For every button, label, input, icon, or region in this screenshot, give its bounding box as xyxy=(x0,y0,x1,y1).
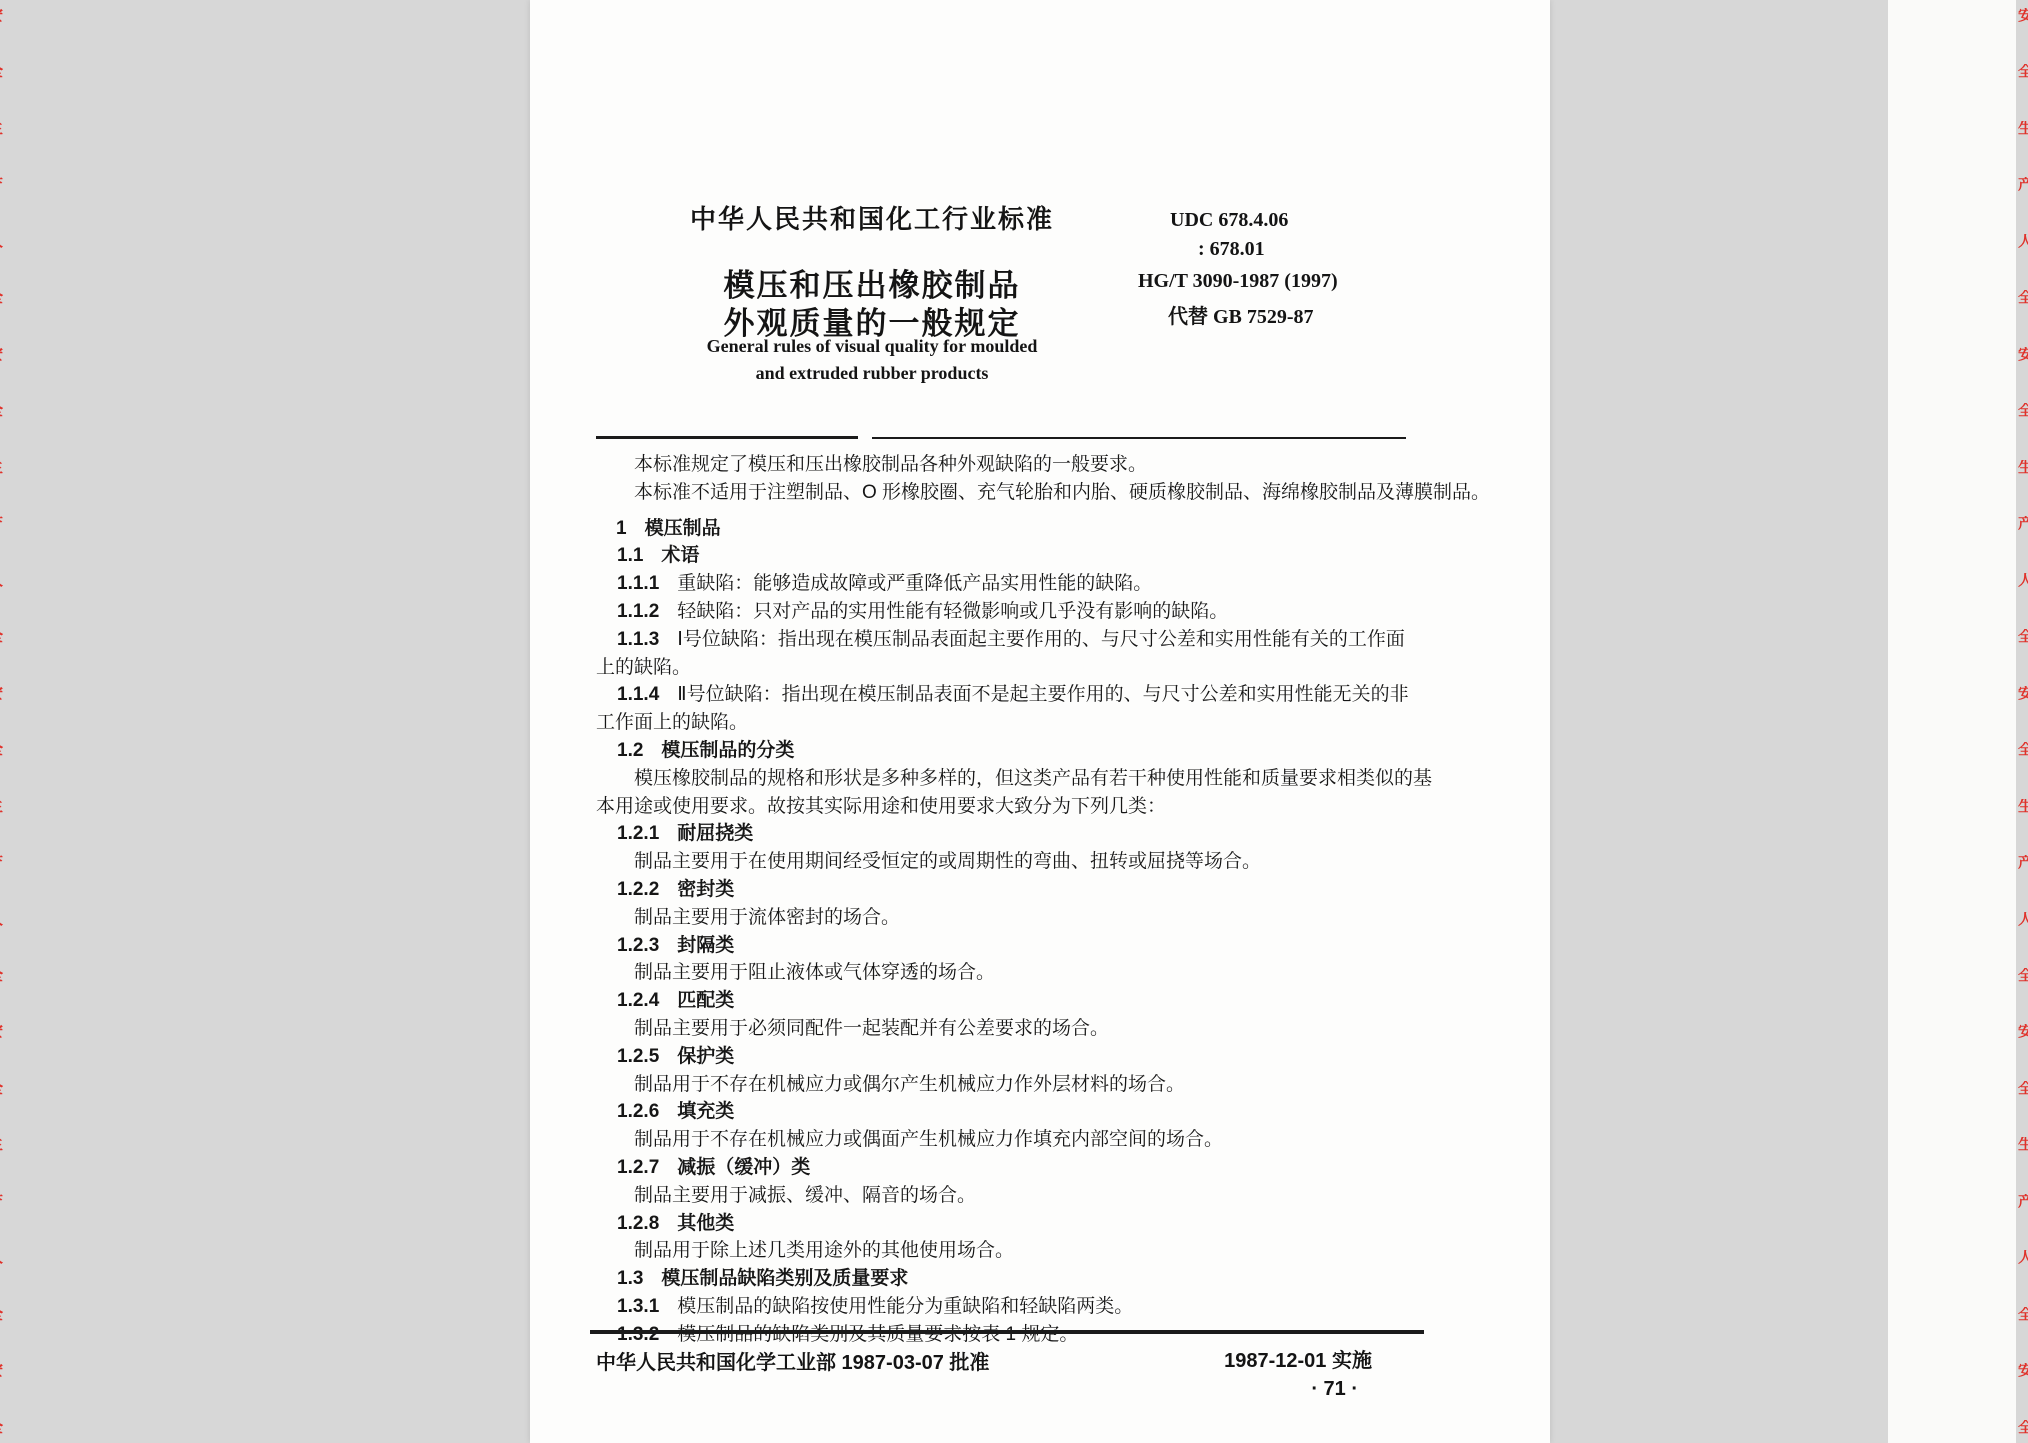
watermark-fragment: 人 xyxy=(0,1250,10,1265)
body-line-1.1.1: 1.1.1重缺陷：能够造成故障或严重降低产品实用性能的缺陷。 xyxy=(596,570,1420,598)
clause-text: 模压橡胶制品的规格和形状是多种多样的，但这类产品有若干种使用性能和质量要求相类似… xyxy=(634,768,1432,789)
clause-number: 1.2.6 xyxy=(617,1101,659,1122)
body-line-1.2.2: 1.2.2密封类 xyxy=(596,876,1420,904)
watermark-fragment: 生 xyxy=(0,799,10,814)
watermark-fragment: 生 xyxy=(2018,799,2028,814)
clause-text: 封隔类 xyxy=(677,935,734,956)
watermark-fragment: 人 xyxy=(0,912,10,927)
footer-rule xyxy=(590,1330,1424,1334)
udc-number-secondary: : 678.01 xyxy=(1198,238,1265,261)
watermark-fragment: 产 xyxy=(0,1194,10,1209)
watermark-fragment: 全 xyxy=(2018,403,2028,418)
watermark-fragment: 全 xyxy=(0,64,10,79)
body-line-1.2.4: 1.2.4匹配类 xyxy=(596,987,1420,1015)
body-line: 本标准不适用于注塑制品、O 形橡胶圈、充气轮胎和内胎、硬质橡胶制品、海绵橡胶制品… xyxy=(596,479,1420,507)
clause-text: 耐屈挠类 xyxy=(677,823,753,844)
watermark-fragment: 产 xyxy=(0,516,10,531)
body-line: 制品主要用于流体密封的场合。 xyxy=(596,904,1420,932)
superseded-code: 代替 GB 7529-87 xyxy=(1168,300,1314,329)
watermark-fragment: 全 xyxy=(0,1081,10,1096)
watermark-fragment: 产 xyxy=(2018,1194,2028,1209)
udc-number: UDC 678.4.06 xyxy=(1170,209,1288,232)
clause-number: 1.3.1 xyxy=(617,1296,659,1317)
body-line-1.2.1: 1.2.1耐屈挠类 xyxy=(596,820,1420,848)
clause-number: 1.3.2 xyxy=(617,1324,659,1345)
body-line: 模压橡胶制品的规格和形状是多种多样的，但这类产品有若干种使用性能和质量要求相类似… xyxy=(596,765,1420,793)
watermark-fragment: 全 xyxy=(0,403,10,418)
watermark-fragment: 全 xyxy=(0,1420,10,1435)
body-line-1.1.4: 1.1.4Ⅱ号位缺陷：指出现在模压制品表面不是起主要作用的、与尺寸公差和实用性能… xyxy=(596,681,1420,709)
body-line: 本标准规定了模压和压出橡胶制品各种外观缺陷的一般要求。 xyxy=(596,451,1420,479)
body-line-1.2.5: 1.2.5保护类 xyxy=(596,1043,1420,1071)
body-line: 制品主要用于阻止液体或气体穿透的场合。 xyxy=(596,959,1420,987)
clause-number: 1.2.7 xyxy=(617,1157,659,1178)
body-line: 制品用于不存在机械应力或偶面产生机械应力作填充内部空间的场合。 xyxy=(596,1126,1420,1154)
watermark-fragment: 全 xyxy=(2018,64,2028,79)
body-line-1.2.8: 1.2.8其他类 xyxy=(596,1210,1420,1238)
watermark-fragment: 人 xyxy=(2018,1250,2028,1265)
watermark-fragment: 安 xyxy=(0,8,10,23)
clause-number: 1.1 xyxy=(617,545,643,566)
clause-text: 本标准规定了模压和压出橡胶制品各种外观缺陷的一般要求。 xyxy=(634,454,1147,475)
clause-text: 制品主要用于流体密封的场合。 xyxy=(634,907,900,928)
clause-number: 1.2.5 xyxy=(617,1046,659,1067)
watermark-fragment: 全 xyxy=(2018,968,2028,983)
right-paper-strip xyxy=(1888,0,2016,1443)
clause-text: 轻缺陷：只对产品的实用性能有轻微影响或几乎没有影响的缺陷。 xyxy=(677,601,1228,622)
watermark-fragment: 安 xyxy=(2018,1363,2028,1378)
clause-text: 模压制品的缺陷按使用性能分为重缺陷和轻缺陷两类。 xyxy=(677,1296,1133,1317)
clause-text: 匹配类 xyxy=(677,990,734,1011)
watermark-fragment: 全 xyxy=(0,290,10,305)
watermark-fragment: 安 xyxy=(0,1024,10,1039)
effective-date: 1987-12-01 实施 xyxy=(1224,1344,1372,1373)
body-line: 制品主要用于减振、缓冲、隔音的场合。 xyxy=(596,1182,1420,1210)
watermark-fragment: 全 xyxy=(2018,629,2028,644)
body-line: 制品用于不存在机械应力或偶尔产生机械应力作外层材料的场合。 xyxy=(596,1071,1420,1099)
clause-text: 减振（缓冲）类 xyxy=(677,1157,810,1178)
watermark-fragment: 安 xyxy=(2018,686,2028,701)
watermark-fragment: 全 xyxy=(2018,1307,2028,1322)
clause-text: 其他类 xyxy=(677,1213,734,1234)
clause-text: 模压制品的分类 xyxy=(661,740,794,761)
watermark-fragment: 安 xyxy=(2018,8,2028,23)
body-line: 本用途或使用要求。故按其实际用途和使用要求大致分为下列几类： xyxy=(596,793,1420,821)
body-line: 制品用于除上述几类用途外的其他使用场合。 xyxy=(596,1237,1420,1265)
watermark-fragment: 产 xyxy=(0,855,10,870)
body-line-1.1.3: 1.1.3Ⅰ号位缺陷：指出现在模压制品表面起主要作用的、与尺寸公差和实用性能有关… xyxy=(596,626,1420,654)
clause-text: 模压制品的缺陷类别及其质量要求按表 1 规定。 xyxy=(677,1324,1078,1345)
clause-text: 保护类 xyxy=(677,1046,734,1067)
body-line-1.1: 1.1术语 xyxy=(596,542,1420,570)
clause-text: Ⅰ号位缺陷：指出现在模压制品表面起主要作用的、与尺寸公差和实用性能有关的工作面 xyxy=(677,629,1405,650)
watermark-fragment: 人 xyxy=(2018,234,2028,249)
watermark-fragment: 安 xyxy=(0,1363,10,1378)
watermark-fragment: 安 xyxy=(2018,1024,2028,1039)
watermark-fragment: 全 xyxy=(0,629,10,644)
document-body: 本标准规定了模压和压出橡胶制品各种外观缺陷的一般要求。本标准不适用于注塑制品、O… xyxy=(596,451,1420,1349)
watermark-fragment: 全 xyxy=(2018,290,2028,305)
standard-authority-heading: 中华人民共和国化工行业标准 xyxy=(660,199,1084,236)
scan-background: 安全生产人全安全生产人全安全生产人全安全生产人全安全 安全生产人全安全生产人全安… xyxy=(0,0,2028,1443)
body-line-1.2: 1.2模压制品的分类 xyxy=(596,737,1420,765)
clause-text: 密封类 xyxy=(677,879,734,900)
document-page: 中华人民共和国化工行业标准 UDC 678.4.06 : 678.01 模压和压… xyxy=(530,0,1550,1443)
clause-text: 模压制品缺陷类别及质量要求 xyxy=(661,1268,908,1289)
watermark-fragment: 安 xyxy=(2018,347,2028,362)
watermark-fragment: 人 xyxy=(0,234,10,249)
watermark-fragment: 全 xyxy=(2018,1081,2028,1096)
body-line-1.3: 1.3模压制品缺陷类别及质量要求 xyxy=(596,1265,1420,1293)
clause-number: 1.1.4 xyxy=(617,684,659,705)
clause-text: 术语 xyxy=(661,545,699,566)
body-line-1: 1模压制品 xyxy=(596,515,1420,543)
watermark-fragment: 全 xyxy=(0,968,10,983)
approval-note: 中华人民共和国化学工业部 1987-03-07 批准 xyxy=(596,1346,989,1375)
clause-text: 制品主要用于阻止液体或气体穿透的场合。 xyxy=(634,962,995,983)
body-line-1.2.6: 1.2.6填充类 xyxy=(596,1098,1420,1126)
clause-text: 本用途或使用要求。故按其实际用途和使用要求大致分为下列几类： xyxy=(596,796,1166,817)
watermark-fragment: 产 xyxy=(2018,516,2028,531)
watermark-fragment: 产 xyxy=(0,177,10,192)
clause-text: 制品用于除上述几类用途外的其他使用场合。 xyxy=(634,1240,1014,1261)
clause-text: 模压制品 xyxy=(645,518,721,539)
clause-text: 制品用于不存在机械应力或偶面产生机械应力作填充内部空间的场合。 xyxy=(634,1129,1223,1150)
watermark-fragment: 生 xyxy=(2018,1137,2028,1152)
clause-number: 1.2.8 xyxy=(617,1213,659,1234)
standard-code: HG/T 3090-1987 (1997) xyxy=(1138,270,1338,293)
clause-number: 1.2.2 xyxy=(617,879,659,900)
watermark-fragment: 生 xyxy=(0,460,10,475)
watermark-fragment: 安 xyxy=(0,686,10,701)
watermark-fragment: 安 xyxy=(0,347,10,362)
watermark-fragment: 产 xyxy=(2018,177,2028,192)
left-edge-watermarks: 安全生产人全安全生产人全安全生产人全安全生产人全安全 xyxy=(0,0,11,1443)
page-number: · 71 · xyxy=(1311,1378,1358,1401)
clause-text: 填充类 xyxy=(677,1101,734,1122)
right-edge-watermarks: 安全生产人全安全生产人全安全生产人全安全生产人全安全 xyxy=(2017,0,2028,1443)
watermark-fragment: 产 xyxy=(2018,855,2028,870)
clause-text: 制品主要用于在使用期间经受恒定的或周期性的弯曲、扭转或屈挠等场合。 xyxy=(634,851,1261,872)
body-line-1.1.2: 1.1.2轻缺陷：只对产品的实用性能有轻微影响或几乎没有影响的缺陷。 xyxy=(596,598,1420,626)
clause-number: 1.1.2 xyxy=(617,601,659,622)
clause-text: 工作面上的缺陷。 xyxy=(596,712,748,733)
watermark-fragment: 生 xyxy=(2018,121,2028,136)
english-title-line2: and extruded rubber products xyxy=(660,363,1084,384)
watermark-fragment: 生 xyxy=(2018,460,2028,475)
watermark-fragment: 全 xyxy=(0,1307,10,1322)
clause-number: 1.2.3 xyxy=(617,935,659,956)
clause-number: 1.1.1 xyxy=(617,573,659,594)
watermark-fragment: 全 xyxy=(0,742,10,757)
body-line-1.2.3: 1.2.3封隔类 xyxy=(596,932,1420,960)
clause-number: 1.2.1 xyxy=(617,823,659,844)
body-line: 上的缺陷。 xyxy=(596,654,1420,682)
english-title-line1: General rules of visual quality for moul… xyxy=(660,336,1084,357)
watermark-fragment: 人 xyxy=(2018,912,2028,927)
body-line: 工作面上的缺陷。 xyxy=(596,709,1420,737)
body-line: 制品主要用于必须同配件一起装配并有公差要求的场合。 xyxy=(596,1015,1420,1043)
watermark-fragment: 人 xyxy=(0,573,10,588)
body-line: 制品主要用于在使用期间经受恒定的或周期性的弯曲、扭转或屈挠等场合。 xyxy=(596,848,1420,876)
clause-number: 1 xyxy=(616,518,627,539)
clause-number: 1.3 xyxy=(617,1268,643,1289)
watermark-fragment: 全 xyxy=(2018,742,2028,757)
watermark-fragment: 人 xyxy=(2018,573,2028,588)
clause-text: Ⅱ号位缺陷：指出现在模压制品表面不是起主要作用的、与尺寸公差和实用性能无关的非 xyxy=(677,684,1408,705)
body-line-1.2.7: 1.2.7减振（缓冲）类 xyxy=(596,1154,1420,1182)
watermark-fragment: 生 xyxy=(0,121,10,136)
watermark-fragment: 生 xyxy=(0,1137,10,1152)
header-rule-left-segment xyxy=(596,436,858,439)
header-rule-right-segment xyxy=(872,437,1406,439)
clause-text: 制品主要用于必须同配件一起装配并有公差要求的场合。 xyxy=(634,1018,1109,1039)
clause-text: 制品主要用于减振、缓冲、隔音的场合。 xyxy=(634,1185,976,1206)
clause-number: 1.2.4 xyxy=(617,990,659,1011)
watermark-fragment: 全 xyxy=(2018,1420,2028,1435)
clause-text: 制品用于不存在机械应力或偶尔产生机械应力作外层材料的场合。 xyxy=(634,1074,1185,1095)
clause-text: 重缺陷：能够造成故障或严重降低产品实用性能的缺陷。 xyxy=(677,573,1152,594)
clause-number: 1.1.3 xyxy=(617,629,659,650)
clause-text: 上的缺陷。 xyxy=(596,657,691,678)
clause-text: 本标准不适用于注塑制品、O 形橡胶圈、充气轮胎和内胎、硬质橡胶制品、海绵橡胶制品… xyxy=(634,482,1490,503)
body-line-1.3.1: 1.3.1模压制品的缺陷按使用性能分为重缺陷和轻缺陷两类。 xyxy=(596,1293,1420,1321)
clause-number: 1.2 xyxy=(617,740,643,761)
